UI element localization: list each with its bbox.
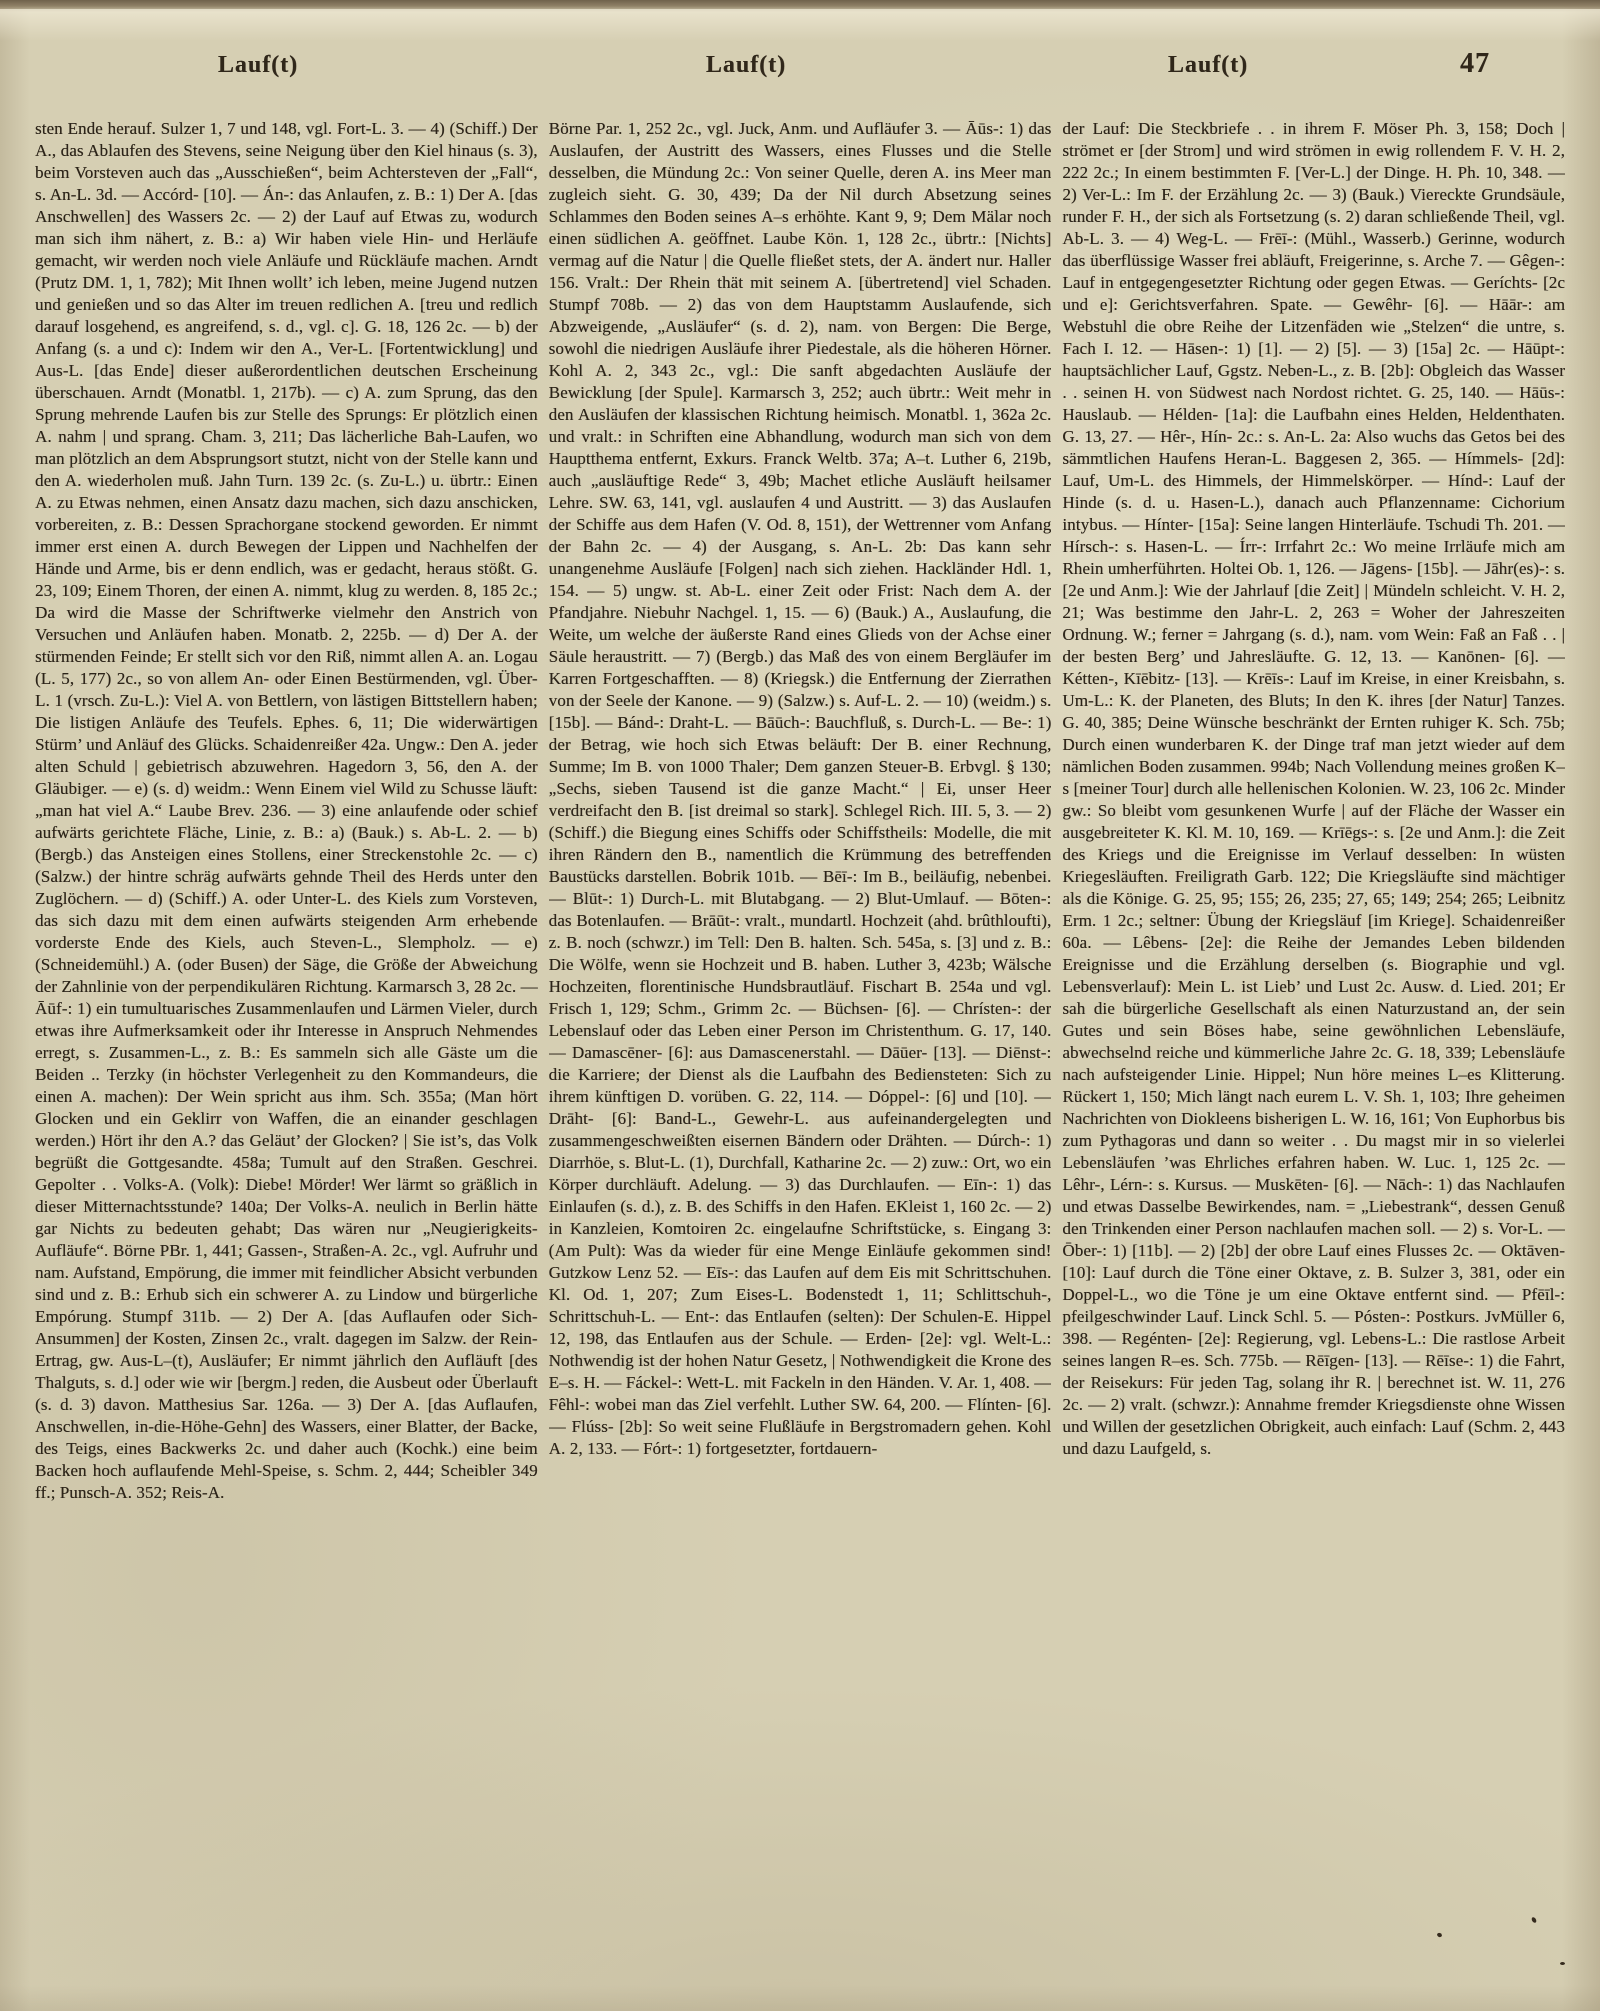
column-2-text: Börne Par. 1, 252 2c., vgl. Juck, Anm. u… xyxy=(549,118,1052,1460)
scan-top-highlight xyxy=(0,9,1600,41)
ink-speck xyxy=(1560,1962,1565,1965)
ink-speck xyxy=(1527,1188,1530,1191)
scan-top-edge xyxy=(0,0,1600,12)
ink-speck xyxy=(1531,1916,1537,1923)
column-3-text: der Lauf: Die Steckbriefe . . in ihrem F… xyxy=(1062,118,1565,1460)
running-title-column-1: Lauf(t) xyxy=(218,52,298,79)
running-head: Lauf(t) Lauf(t) Lauf(t) 47 xyxy=(0,52,1600,88)
page-number: 47 xyxy=(1460,48,1490,80)
dictionary-text-block: sten Ende herauf. Sulzer 1, 7 und 148, v… xyxy=(35,118,1565,1878)
text-column-3: der Lauf: Die Steckbriefe . . in ihrem F… xyxy=(1062,118,1565,1878)
ink-speck xyxy=(1436,1932,1442,1938)
book-page: Lauf(t) Lauf(t) Lauf(t) 47 sten Ende her… xyxy=(0,0,1600,2011)
running-title-column-3: Lauf(t) xyxy=(1168,52,1248,79)
column-1-text: sten Ende herauf. Sulzer 1, 7 und 148, v… xyxy=(35,118,538,1504)
running-title-column-2: Lauf(t) xyxy=(706,52,786,79)
text-column-2: Börne Par. 1, 252 2c., vgl. Juck, Anm. u… xyxy=(549,118,1052,1878)
text-column-1: sten Ende herauf. Sulzer 1, 7 und 148, v… xyxy=(35,118,538,1878)
